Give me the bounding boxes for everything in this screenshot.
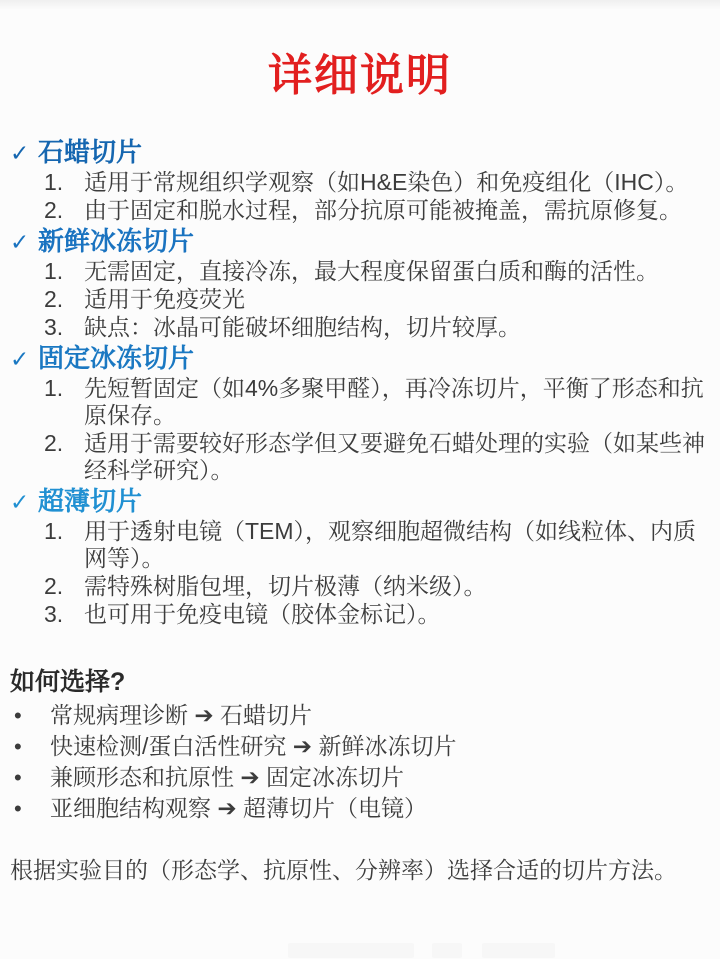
bullet-icon: • xyxy=(10,733,50,760)
item-number: 2. xyxy=(44,430,84,484)
item-text: 先短暂固定（如4%多聚甲醛），再冷冻切片，平衡了形态和抗原保存。 xyxy=(84,375,712,429)
list-item: 3. 缺点：冰晶可能破坏细胞结构，切片较厚。 xyxy=(10,314,712,341)
list-item: 1. 先短暂固定（如4%多聚甲醛），再冷冻切片，平衡了形态和抗原保存。 xyxy=(10,375,712,429)
item-text: 适用于需要较好形态学但又要避免石蜡处理的实验（如某些神经科学研究）。 xyxy=(84,430,712,484)
item-number: 1. xyxy=(44,518,84,572)
list-item: 1. 无需固定，直接冷冻，最大程度保留蛋白质和酶的活性。 xyxy=(10,258,712,285)
bullet-icon: • xyxy=(10,795,50,822)
item-text: 适用于免疫荧光 xyxy=(84,286,712,313)
choice-item: • 兼顾形态和抗原性 ➔ 固定冰冻切片 xyxy=(10,764,712,791)
conclusion-text: 根据实验目的（形态学、抗原性、分辨率）选择合适的切片方法。 xyxy=(10,856,712,884)
choice-text: 常规病理诊断 ➔ 石蜡切片 xyxy=(50,702,712,729)
item-number: 1. xyxy=(44,375,84,429)
how-to-choose-heading: 如何选择? xyxy=(10,668,712,696)
choice-item: • 快速检测/蛋白活性研究 ➔ 新鲜冰冻切片 xyxy=(10,733,712,760)
bullet-icon: • xyxy=(10,764,50,791)
section-ultrathin: ✓ 超薄切片 1. 用于透射电镜（TEM），观察细胞超微结构（如线粒体、内质网等… xyxy=(10,487,712,628)
choice-item: • 常规病理诊断 ➔ 石蜡切片 xyxy=(10,702,712,729)
watermark-block xyxy=(288,943,414,958)
list-item: 2. 适用于需要较好形态学但又要避免石蜡处理的实验（如某些神经科学研究）。 xyxy=(10,430,712,484)
checkmark-icon: ✓ xyxy=(10,228,38,256)
item-number: 2. xyxy=(44,573,84,600)
section-heading: 新鲜冰冻切片 xyxy=(38,227,194,255)
list-item: 3. 也可用于免疫电镜（胶体金标记）。 xyxy=(10,601,712,628)
item-text: 由于固定和脱水过程，部分抗原可能被掩盖，需抗原修复。 xyxy=(84,197,712,224)
list-item: 2. 由于固定和脱水过程，部分抗原可能被掩盖，需抗原修复。 xyxy=(10,197,712,224)
item-number: 1. xyxy=(44,169,84,196)
item-number: 2. xyxy=(44,286,84,313)
choice-text: 快速检测/蛋白活性研究 ➔ 新鲜冰冻切片 xyxy=(50,733,712,760)
item-text: 适用于常规组织学观察（如H&E染色）和免疫组化（IHC）。 xyxy=(84,169,712,196)
section-list: 1. 适用于常规组织学观察（如H&E染色）和免疫组化（IHC）。 2. 由于固定… xyxy=(10,169,712,224)
item-number: 3. xyxy=(44,314,84,341)
section-heading: 超薄切片 xyxy=(38,487,142,515)
item-text: 用于透射电镜（TEM），观察细胞超微结构（如线粒体、内质网等）。 xyxy=(84,518,712,572)
section-paraffin: ✓ 石蜡切片 1. 适用于常规组织学观察（如H&E染色）和免疫组化（IHC）。 … xyxy=(10,138,712,224)
checkmark-icon: ✓ xyxy=(10,139,38,167)
list-item: 1. 用于透射电镜（TEM），观察细胞超微结构（如线粒体、内质网等）。 xyxy=(10,518,712,572)
document-body: ✓ 石蜡切片 1. 适用于常规组织学观察（如H&E染色）和免疫组化（IHC）。 … xyxy=(0,102,720,884)
checkmark-icon: ✓ xyxy=(10,488,38,516)
section-list: 1. 先短暂固定（如4%多聚甲醛），再冷冻切片，平衡了形态和抗原保存。 2. 适… xyxy=(10,375,712,484)
choice-item: • 亚细胞结构观察 ➔ 超薄切片（电镜） xyxy=(10,795,712,822)
section-heading: 固定冰冻切片 xyxy=(38,344,194,372)
list-item: 1. 适用于常规组织学观察（如H&E染色）和免疫组化（IHC）。 xyxy=(10,169,712,196)
item-number: 3. xyxy=(44,601,84,628)
document-page: 详细说明 ✓ 石蜡切片 1. 适用于常规组织学观察（如H&E染色）和免疫组化（I… xyxy=(0,0,720,959)
page-title: 详细说明 xyxy=(0,0,720,102)
watermark-block xyxy=(482,943,555,958)
bullet-icon: • xyxy=(10,702,50,729)
list-item: 2. 需特殊树脂包埋，切片极薄（纳米级）。 xyxy=(10,573,712,600)
section-list: 1. 无需固定，直接冷冻，最大程度保留蛋白质和酶的活性。 2. 适用于免疫荧光 … xyxy=(10,258,712,341)
item-text: 缺点：冰晶可能破坏细胞结构，切片较厚。 xyxy=(84,314,712,341)
item-text: 需特殊树脂包埋，切片极薄（纳米级）。 xyxy=(84,573,712,600)
choice-text: 亚细胞结构观察 ➔ 超薄切片（电镜） xyxy=(50,795,712,822)
checkmark-icon: ✓ xyxy=(10,345,38,373)
section-fixed-frozen: ✓ 固定冰冻切片 1. 先短暂固定（如4%多聚甲醛），再冷冻切片，平衡了形态和抗… xyxy=(10,344,712,484)
item-number: 1. xyxy=(44,258,84,285)
item-text: 无需固定，直接冷冻，最大程度保留蛋白质和酶的活性。 xyxy=(84,258,712,285)
section-fresh-frozen: ✓ 新鲜冰冻切片 1. 无需固定，直接冷冻，最大程度保留蛋白质和酶的活性。 2.… xyxy=(10,227,712,341)
watermark-block xyxy=(432,943,462,958)
choice-text: 兼顾形态和抗原性 ➔ 固定冰冻切片 xyxy=(50,764,712,791)
section-list: 1. 用于透射电镜（TEM），观察细胞超微结构（如线粒体、内质网等）。 2. 需… xyxy=(10,518,712,628)
item-text: 也可用于免疫电镜（胶体金标记）。 xyxy=(84,601,712,628)
section-heading: 石蜡切片 xyxy=(38,138,142,166)
item-number: 2. xyxy=(44,197,84,224)
list-item: 2. 适用于免疫荧光 xyxy=(10,286,712,313)
how-to-choose-list: • 常规病理诊断 ➔ 石蜡切片 • 快速检测/蛋白活性研究 ➔ 新鲜冰冻切片 •… xyxy=(10,702,712,822)
